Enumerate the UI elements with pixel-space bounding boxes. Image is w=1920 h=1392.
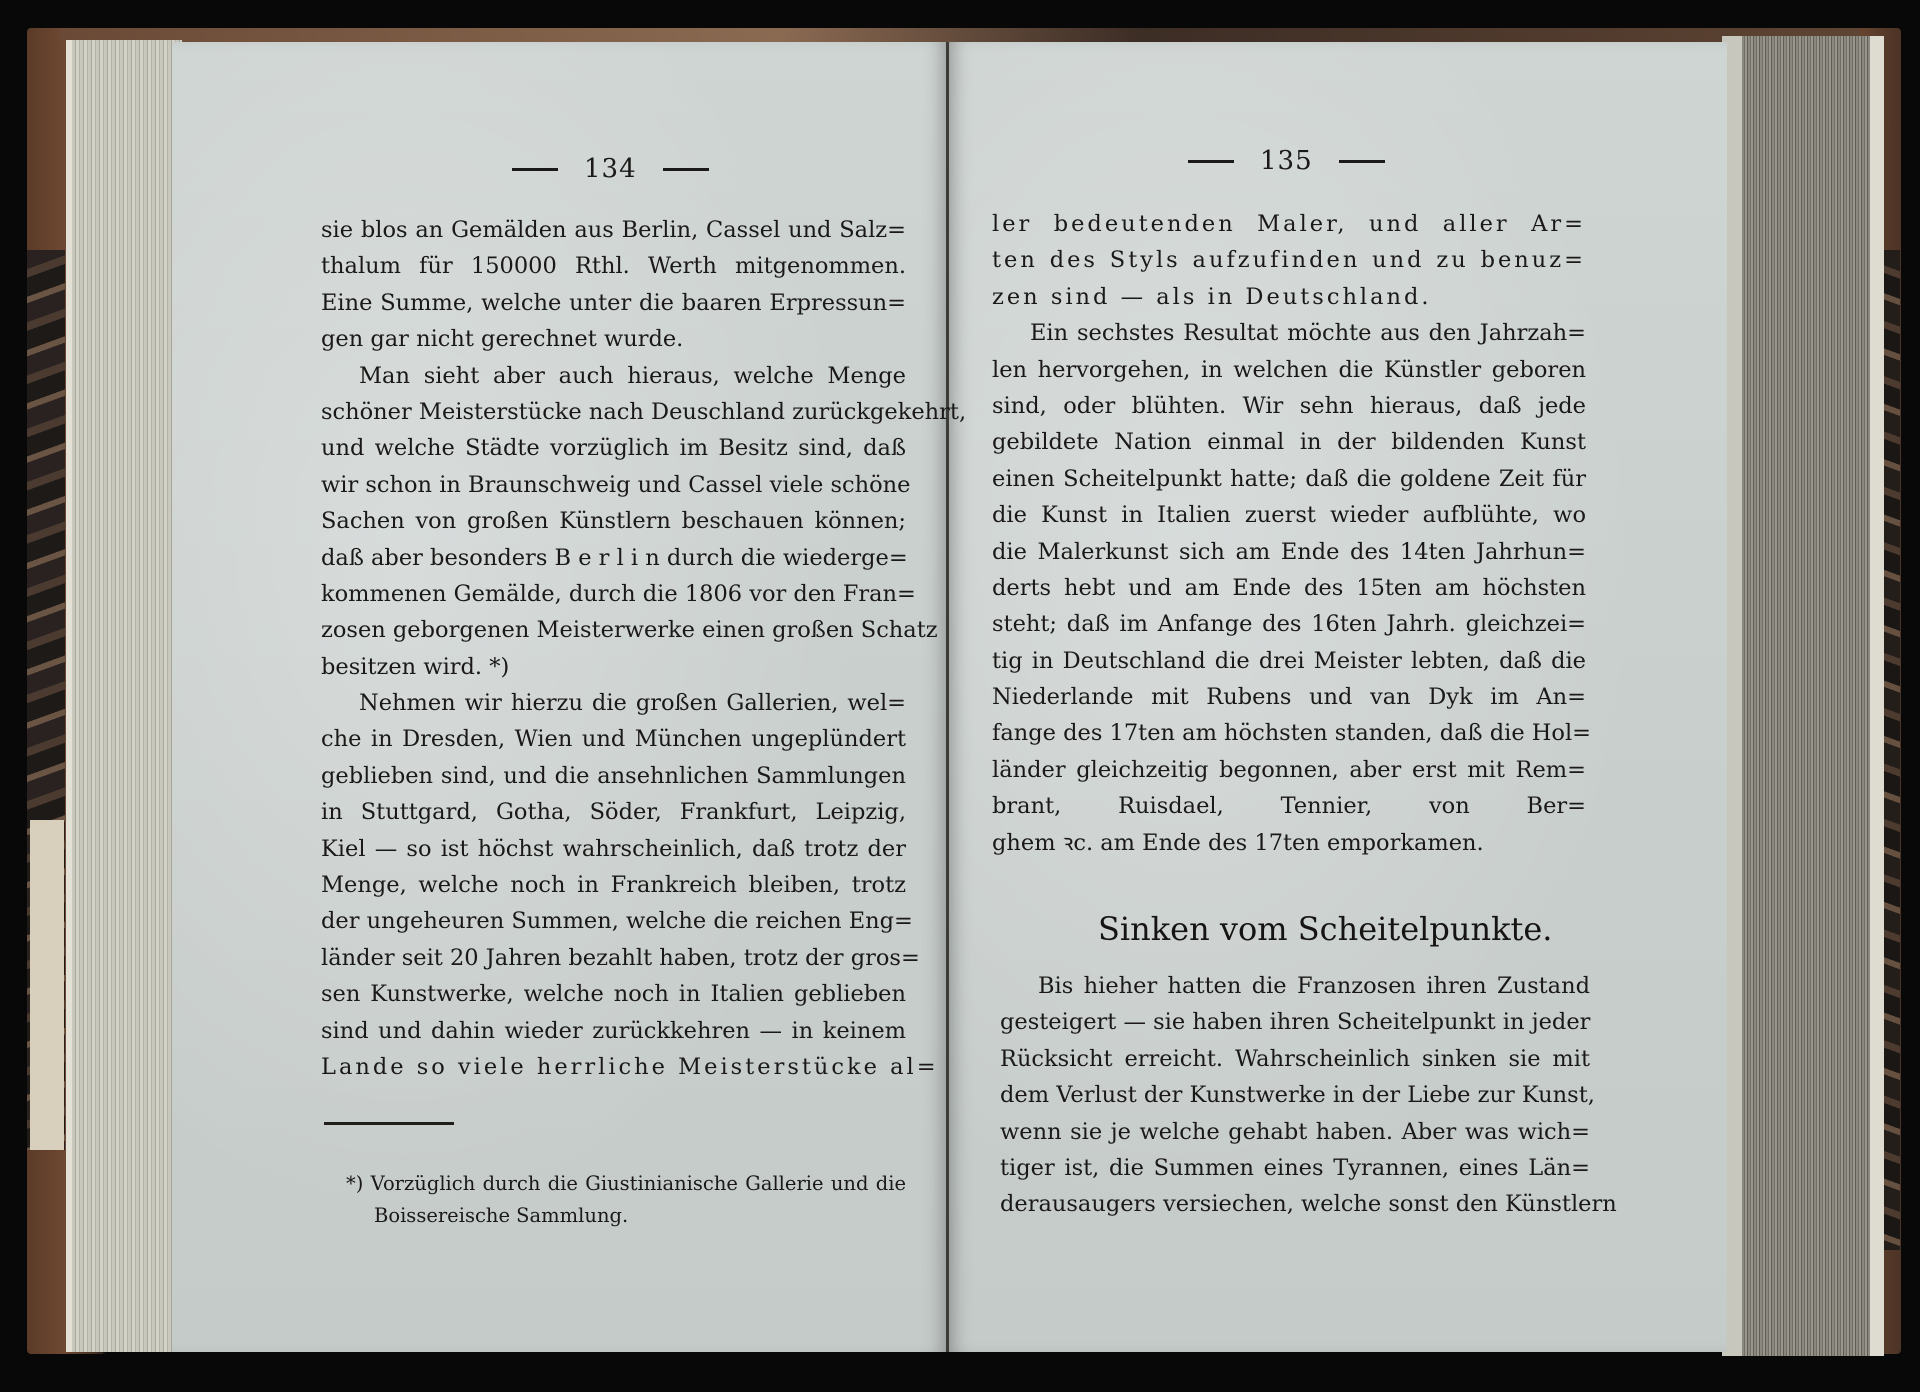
text-line: wenn sie je welche gehabt haben. Aber wa… <box>1000 1114 1590 1150</box>
text-line: len hervorgehen, in welchen die Künstler… <box>992 352 1586 388</box>
text-line: derausaugers versiechen, welche sonst de… <box>1000 1186 1590 1222</box>
text-line: ghem ꝛc. am Ende des 17ten emporkamen. <box>992 825 1586 861</box>
text-line: Eine Summe, welche unter die baaren Erpr… <box>321 285 906 321</box>
folio-dash <box>1188 160 1234 163</box>
text-line: Man sieht aber auch hieraus, welche Meng… <box>321 358 906 394</box>
text-line: sind und dahin wieder zurückkehren — in … <box>321 1013 906 1049</box>
text-line: ten des Styls aufzufinden und zu benuz= <box>992 242 1586 278</box>
text-line: Sachen von großen Künstlern beschauen kö… <box>321 503 906 539</box>
text-line: sind, oder blühten. Wir sehn hieraus, da… <box>992 388 1586 424</box>
text-line: derts hebt und am Ende des 15ten am höch… <box>992 570 1586 606</box>
text-line: gesteigert — sie haben ihren Scheitelpun… <box>1000 1004 1590 1040</box>
text-line: sen Kunstwerke, welche noch in Italien g… <box>321 976 906 1012</box>
text-line: zen sind — als in Deutschland. <box>992 279 1586 315</box>
page-number-text: 135 <box>1260 146 1313 176</box>
folio-dash <box>1339 160 1385 163</box>
text-line: tiger ist, die Summen eines Tyrannen, ei… <box>1000 1150 1590 1186</box>
text-line: besitzen wird. *) <box>321 649 906 685</box>
text-line: gen gar nicht gerechnet wurde. <box>321 321 906 357</box>
section-heading: Sinken vom Scheitelpunkte. <box>1098 910 1552 948</box>
page-stack-right <box>1722 36 1884 1356</box>
page-number-left: 134 <box>512 154 709 184</box>
text-line: Kiel — so ist höchst wahrscheinlich, daß… <box>321 831 906 867</box>
book-gutter <box>946 42 949 1352</box>
footnote-line: Boissereische Sammlung. <box>346 1200 906 1232</box>
text-line: länder gleichzeitig begonnen, aber erst … <box>992 752 1586 788</box>
text-line: geblieben sind, und die ansehnlichen Sam… <box>321 758 906 794</box>
footnote-rule <box>324 1122 454 1125</box>
right-page-text: ler bedeutenden Maler, und aller Ar= ten… <box>992 206 1586 861</box>
footnote: *) Vorzüglich durch die Giustinianische … <box>346 1168 906 1232</box>
text-line: Niederlande mit Rubens und van Dyk im An… <box>992 679 1586 715</box>
text-line: Bis hieher hatten die Franzosen ihren Zu… <box>1000 968 1590 1004</box>
text-line: in Stuttgard, Gotha, Söder, Frankfurt, L… <box>321 794 906 830</box>
text-line: wir schon in Braunschweig und Cassel vie… <box>321 467 906 503</box>
text-line: daß aber besonders B e r l i n durch die… <box>321 540 906 576</box>
flyleaf-left <box>30 820 64 1150</box>
text-line: und welche Städte vorzüglich im Besitz s… <box>321 430 906 466</box>
text-line: schöner Meisterstücke nach Deuschland zu… <box>321 394 906 430</box>
text-line: Rücksicht erreicht. Wahrscheinlich sinke… <box>1000 1041 1590 1077</box>
text-line: zosen geborgenen Meisterwerke einen groß… <box>321 612 906 648</box>
folio-dash <box>512 168 558 171</box>
text-line: Lande so viele herrliche Meisterstücke a… <box>321 1049 906 1085</box>
text-line: tig in Deutschland die drei Meister lebt… <box>992 643 1586 679</box>
text-line: che in Dresden, Wien und München ungeplü… <box>321 721 906 757</box>
right-page-text-after-heading: Bis hieher hatten die Franzosen ihren Zu… <box>1000 968 1590 1223</box>
text-line: der ungeheuren Summen, welche die reiche… <box>321 903 906 939</box>
text-line: ler bedeutenden Maler, und aller Ar= <box>992 206 1586 242</box>
text-line: Menge, welche noch in Frankreich bleiben… <box>321 867 906 903</box>
text-line: brant, Ruisdael, Tennier, von Ber= <box>992 788 1586 824</box>
text-line: kommenen Gemälde, durch die 1806 vor den… <box>321 576 906 612</box>
text-line: thalum für 150000 Rthl. Werth mitgenomme… <box>321 248 906 284</box>
page-number-right: 135 <box>1188 146 1385 176</box>
footnote-line: *) Vorzüglich durch die Giustinianische … <box>346 1168 906 1200</box>
book-cover-top-edge <box>60 28 1860 42</box>
text-line: Ein sechstes Resultat möchte aus den Jah… <box>992 315 1586 351</box>
text-line: steht; daß im Anfange des 16ten Jahrh. g… <box>992 606 1586 642</box>
folio-dash <box>663 168 709 171</box>
text-line: sie blos an Gemälden aus Berlin, Cassel … <box>321 212 906 248</box>
page-stack-left <box>66 40 182 1352</box>
left-page-text: sie blos an Gemälden aus Berlin, Cassel … <box>321 212 906 1085</box>
text-line: fange des 17ten am höchsten standen, daß… <box>992 715 1586 751</box>
text-line: die Malerkunst sich am Ende des 14ten Ja… <box>992 534 1586 570</box>
text-line: die Kunst in Italien zuerst wieder aufbl… <box>992 497 1586 533</box>
text-line: einen Scheitelpunkt hatte; daß die golde… <box>992 461 1586 497</box>
text-line: gebildete Nation einmal in der bildenden… <box>992 424 1586 460</box>
text-line: länder seit 20 Jahren bezahlt haben, tro… <box>321 940 906 976</box>
page-number-text: 134 <box>584 154 637 184</box>
text-line: Nehmen wir hierzu die großen Gallerien, … <box>321 685 906 721</box>
text-line: dem Verlust der Kunstwerke in der Liebe … <box>1000 1077 1590 1113</box>
